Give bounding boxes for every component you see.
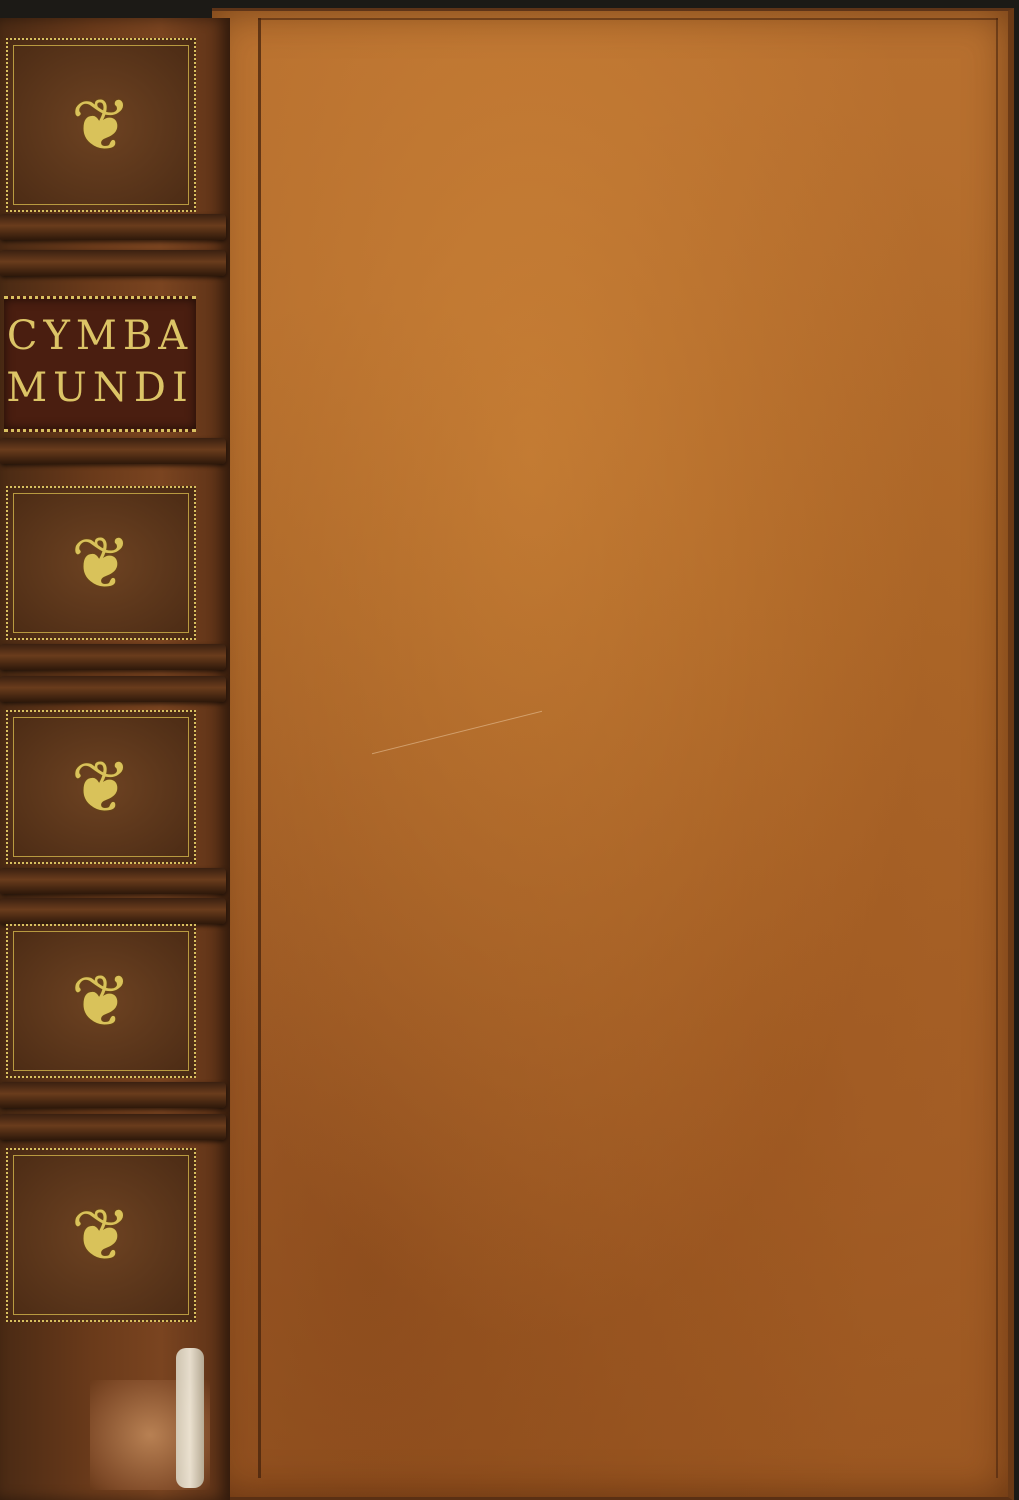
raised-band: [0, 438, 226, 464]
spine-title-label: CYMBA MUNDI: [4, 296, 196, 432]
raised-band: [0, 250, 226, 276]
raised-band: [0, 644, 226, 670]
book-spine: ❦ CYMBA MUNDI ❦ ❦ ❦ ❦: [0, 18, 230, 1500]
raised-band: [0, 898, 226, 924]
blind-fillet-right: [996, 18, 998, 1478]
front-cover-board: [212, 8, 1014, 1500]
floral-ornament-icon: ❦: [71, 89, 131, 161]
raised-band: [0, 1082, 226, 1108]
blind-fillet-top: [258, 18, 998, 20]
floral-ornament-icon: ❦: [71, 1199, 131, 1271]
raised-band: [0, 676, 226, 702]
spine-panel-5: ❦: [6, 1148, 196, 1322]
book-photo: ❦ CYMBA MUNDI ❦ ❦ ❦ ❦: [0, 0, 1019, 1500]
raised-band: [0, 868, 226, 894]
spine-panel-2: ❦: [6, 486, 196, 640]
floral-ornament-icon: ❦: [71, 751, 131, 823]
title-line-2: MUNDI: [4, 365, 196, 411]
torn-paper-strip: [176, 1348, 204, 1488]
blind-fillet-left: [258, 18, 261, 1478]
title-line-1: CYMBA: [4, 313, 196, 359]
raised-band: [0, 214, 226, 240]
raised-band: [0, 1114, 226, 1140]
spine-panel-1: ❦: [6, 38, 196, 212]
spine-panel-4: ❦: [6, 924, 196, 1078]
floral-ornament-icon: ❦: [71, 965, 131, 1037]
floral-ornament-icon: ❦: [71, 527, 131, 599]
spine-panel-3: ❦: [6, 710, 196, 864]
